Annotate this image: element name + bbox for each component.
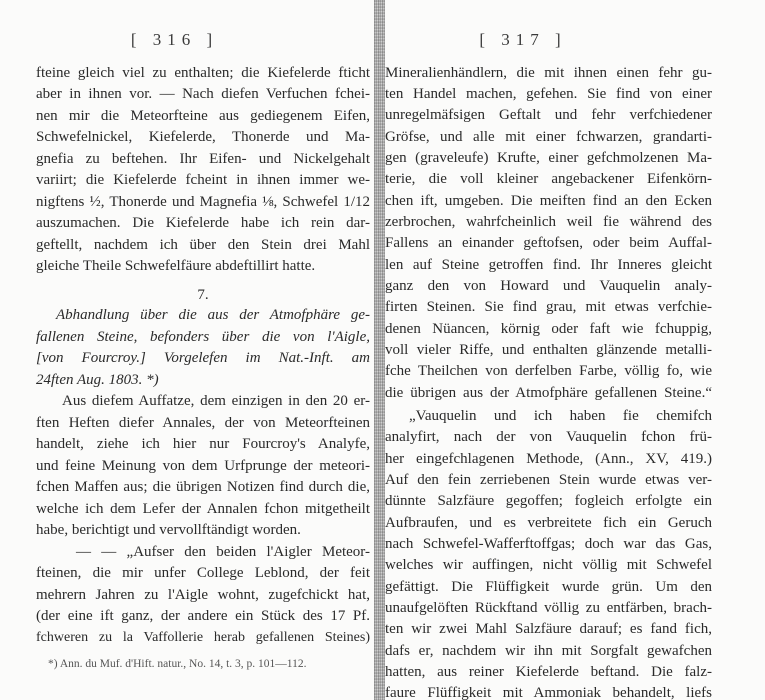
text-line: auszumachen. Die Kiefelerde habe ich rei…: [36, 213, 370, 233]
text-line: — — „Aufser den beiden l'Aigler Meteor-: [76, 542, 370, 562]
text-line: welches wir auffingen, nicht völlig mit …: [385, 555, 712, 575]
title-line: fallenen Steine, befonders über die von …: [36, 327, 370, 347]
text-line: Gröfse, und alle mit einer fchwarzen, gr…: [385, 127, 712, 147]
text-line: unaufgelöften Rückftand völlig zu entfär…: [385, 598, 712, 618]
text-line: fteine gleich viel zu enthalten; die Kie…: [36, 63, 370, 83]
text-line: gnefia zu beftehen. Ihr Eifen- und Nicke…: [36, 149, 370, 169]
text-line: ten Handel machen, gefehen. Sie find von…: [385, 84, 712, 104]
text-line: ten wir zwei Mahl Salzfäure darauf; es f…: [385, 619, 712, 639]
title-line: 24ften Aug. 1803. *): [36, 370, 370, 390]
text-line: Aufbraufen, und es verbreitete fich ein …: [385, 513, 712, 533]
text-line: gleiche Theile Schwefelfäure abdeftillir…: [36, 256, 370, 276]
text-line: welche ich dem Lefer der Annalen fchon m…: [36, 499, 370, 519]
left-page: [ 316 ] fteine gleich viel zu enthalten;…: [0, 0, 377, 700]
text-line: Auf den fein zerriebenen Stein wurde etw…: [385, 470, 712, 490]
text-line: denen Nüancen, körnig oder faft wie fchu…: [385, 319, 712, 339]
text-line: nigftens ½, Thonerde und Magnefia ⅛, Sch…: [36, 192, 370, 212]
text-line: Fallens an einander geftofsen, oder beim…: [385, 233, 712, 253]
text-line: fchweren zu la Vaffollerie herab gefalle…: [36, 628, 370, 648]
text-line: dünnte Salzfäure gegoffen; fogleich erfo…: [385, 491, 712, 511]
title-line: [von Fourcroy.] Vorgelefen im Nat.-Inft.…: [36, 348, 370, 368]
text-line: (der eine ift ganz, der andere ein Stück…: [36, 606, 370, 626]
text-line: fchen Maffen aus; die übrigen Notizen fi…: [36, 477, 370, 497]
book-gutter: [374, 0, 385, 700]
text-line: habe, berichtigt und vervollftändigt wor…: [36, 520, 370, 540]
text-line: voll vieler Riffe, und enthalten glänzen…: [385, 340, 712, 360]
text-line: fche Theilchen von derfelben Farbe, völl…: [385, 361, 712, 381]
text-line: gen (graveleufe) Krufte, einer gefchmolz…: [385, 148, 712, 168]
page-number-right: [ 317 ]: [333, 30, 713, 50]
text-line: gefättigt. Die Flüffigkeit wurde grün. U…: [385, 577, 712, 597]
text-line: Aus diefem Auffatze, dem einzigen in den…: [62, 391, 370, 411]
text-line: ganz den von Howard und Vauquelin analy-: [385, 276, 712, 296]
section-number: 7.: [36, 285, 370, 305]
text-line: fteinen, die mir unfer College Leblond, …: [36, 563, 370, 583]
text-line: aber in ihnen vor. — Nach diefen Verfuch…: [36, 84, 370, 104]
page-number-left: [ 316 ]: [0, 30, 363, 50]
text-line: nen mir die Meteorfteine aus gediegenem …: [36, 106, 370, 126]
text-line: len auf Steine getroffen find. Ihr Inner…: [385, 255, 712, 275]
text-line: variirt; die Kiefelerde fcheint in ihnen…: [36, 170, 370, 190]
right-page: [ 317 ] Mineralienhändlern, die mit ihne…: [385, 0, 765, 700]
text-line: dafs er, nachdem wir ihn mit Sorgfalt ge…: [385, 641, 712, 661]
text-line: ften Heften diefer Annales, der von Mete…: [36, 413, 370, 433]
text-line: hatten, aus reiner Kiefelerde beftand. D…: [385, 662, 712, 682]
text-line: unregelmäfsigen Geftalt und fehr verfchi…: [385, 105, 712, 125]
text-line: „Vauquelin und ich haben fie chemifch: [409, 406, 712, 426]
text-line: geftellt, nachdem ich über den Stein dre…: [36, 235, 370, 255]
text-line: mehrern Jahren zu l'Aigle wohnt, zugefch…: [36, 585, 370, 605]
text-line: her eingefchlagenen Methode, (Ann., XV, …: [385, 449, 712, 469]
text-line: zerbrochen, wahrfcheinlich weil fie währ…: [385, 212, 712, 232]
text-line: firten Steinen. Sie find grau, mit etwas…: [385, 297, 712, 317]
text-line: und feine Meinung von dem Urfprunge der …: [36, 456, 370, 476]
text-line: analyfirt, nach der von Vauquelin fchon …: [385, 427, 712, 447]
title-line: Abhandlung über die aus der Atmofphäre g…: [56, 305, 370, 325]
text-line: faure Flüffigkeit mit Ammoniak behandelt…: [385, 683, 712, 700]
text-line: chen ift, umgeben. Die meiften find an d…: [385, 191, 712, 211]
text-line: die übrigen aus der Atmofphäre gefallene…: [385, 383, 712, 403]
footnote: *) Ann. du Muf. d'Hift. natur., No. 14, …: [48, 658, 370, 670]
text-line: nach Schwefel-Wafferftoffgas; doch war d…: [385, 534, 712, 554]
text-line: handelt, ziehe ich hier nur Fourcroy's A…: [36, 434, 370, 454]
text-line: Mineralienhändlern, die mit ihnen einen …: [385, 63, 712, 83]
text-line: terie, die voll kleiner angebackener Eif…: [385, 169, 712, 189]
text-line: Schwefelnickel, Kiefelerde, Thonerde und…: [36, 127, 370, 147]
